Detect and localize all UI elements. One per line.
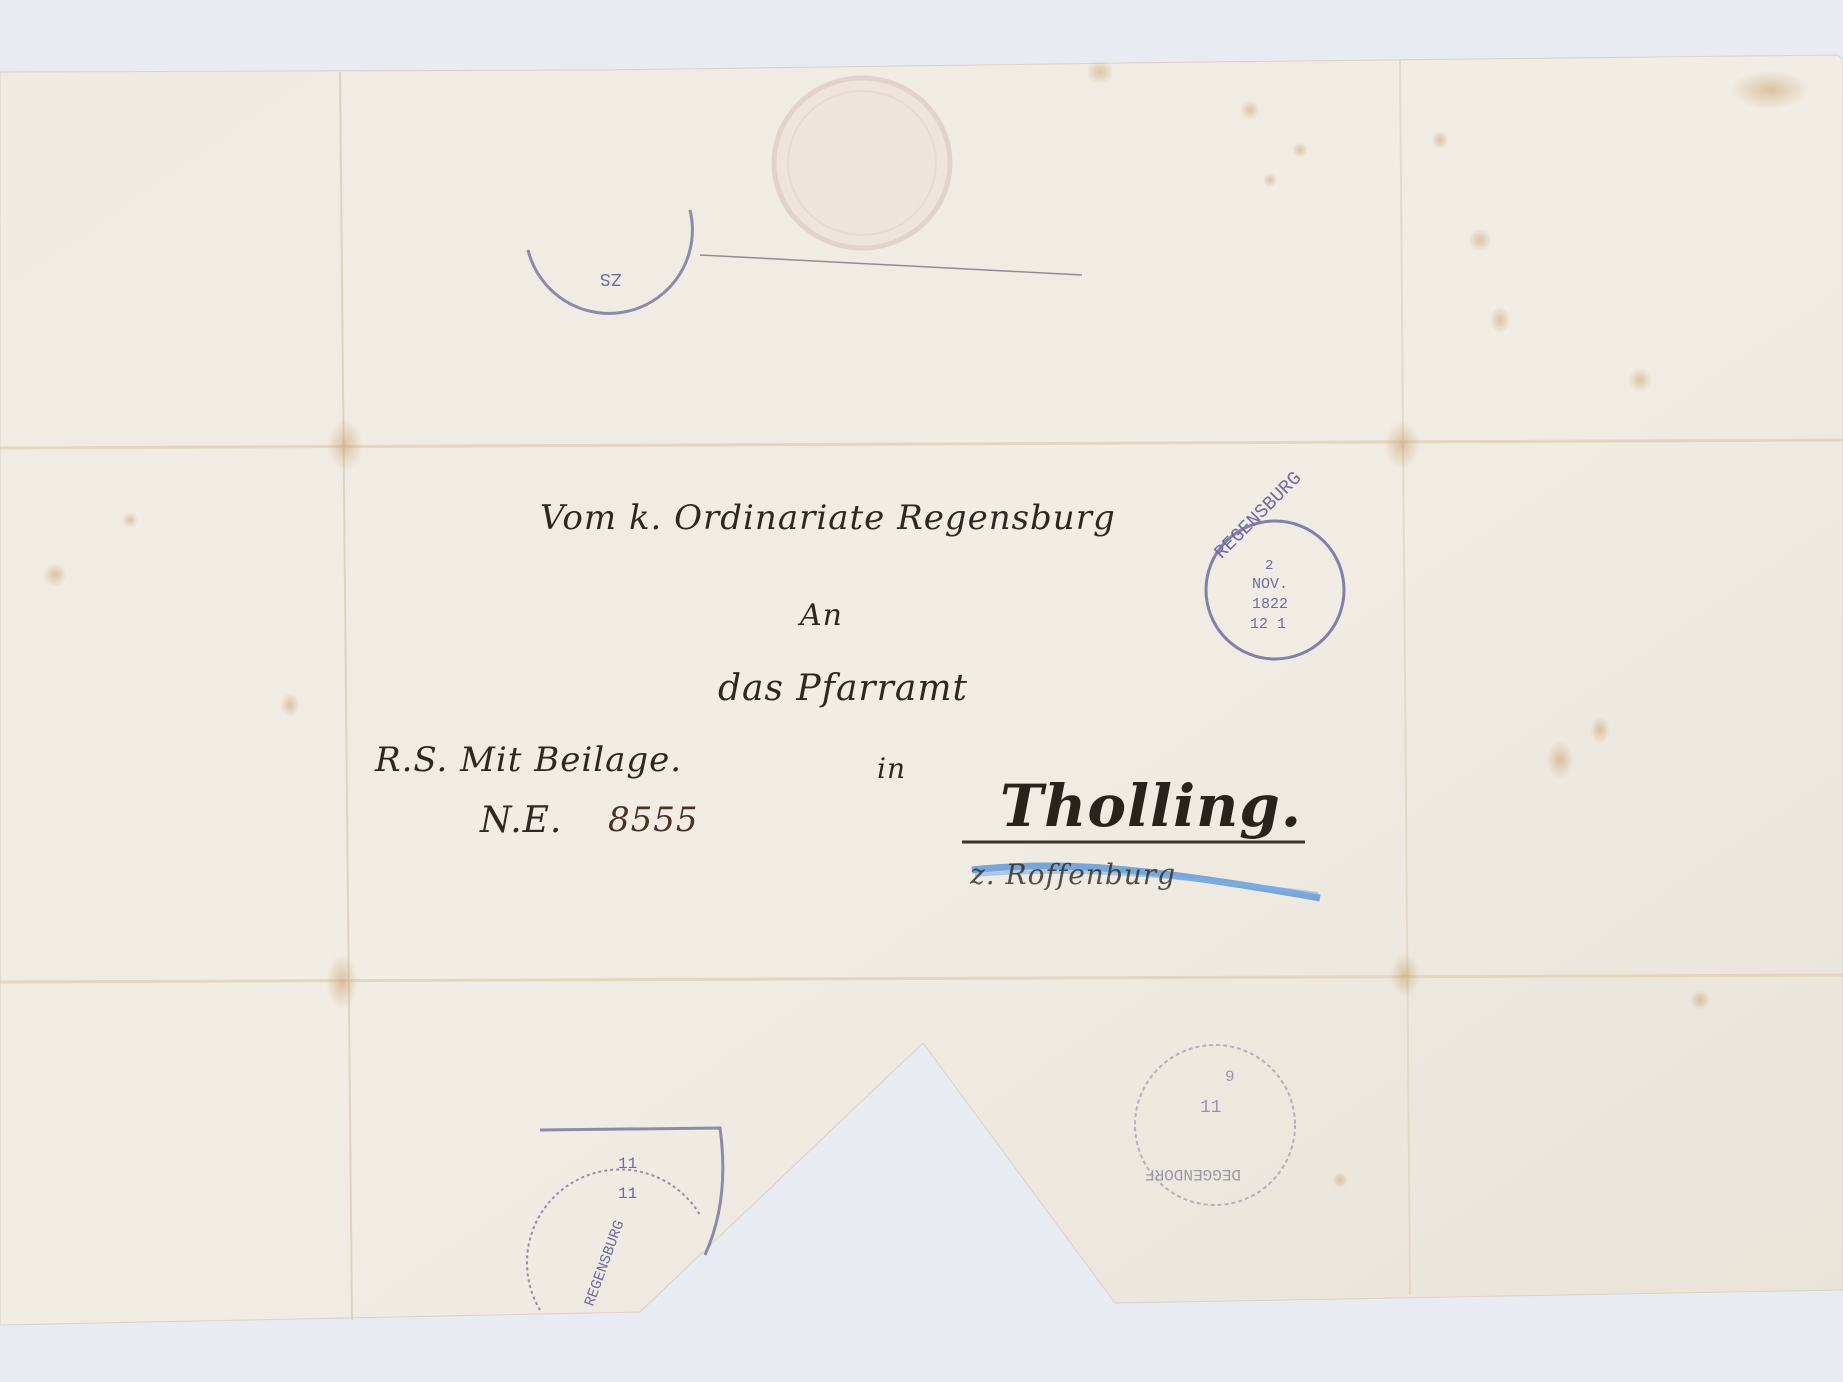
bottom-right-stamp-town: DEGGENDORF [1145,1165,1241,1183]
left-note-line2: N.E. [480,800,562,841]
regensburg-hour: 12 1 [1250,616,1286,633]
regensburg-year: 1822 [1252,596,1288,613]
recipient-line: das Pfarramt [718,668,968,709]
bottom-right-stamp-day: 9 [1225,1068,1235,1086]
salutation: An [800,598,843,633]
destination: Tholling. [1000,772,1302,840]
embossed-seal [774,78,950,248]
preposition: in [877,752,906,785]
bottom-left-stamp-line1: 11 [618,1155,637,1173]
reference-number: 8555 [608,800,699,840]
top-left-stamp-text: ZS [600,268,622,288]
bottom-right-stamp-month: 11 [1200,1098,1222,1118]
bottom-left-stamp-line2: 11 [618,1185,637,1203]
sender-line: Vom k. Ordinariate Regensburg [540,498,1116,538]
left-note-line1: R.S. Mit Beilage. [375,740,682,780]
regensburg-month: NOV. [1252,576,1288,593]
regensburg-day: 2 [1265,558,1273,574]
struck-line: z. Roffenburg [970,858,1176,891]
letter-photo: Vom k. Ordinariate Regensburg An das Pfa… [0,0,1843,1382]
